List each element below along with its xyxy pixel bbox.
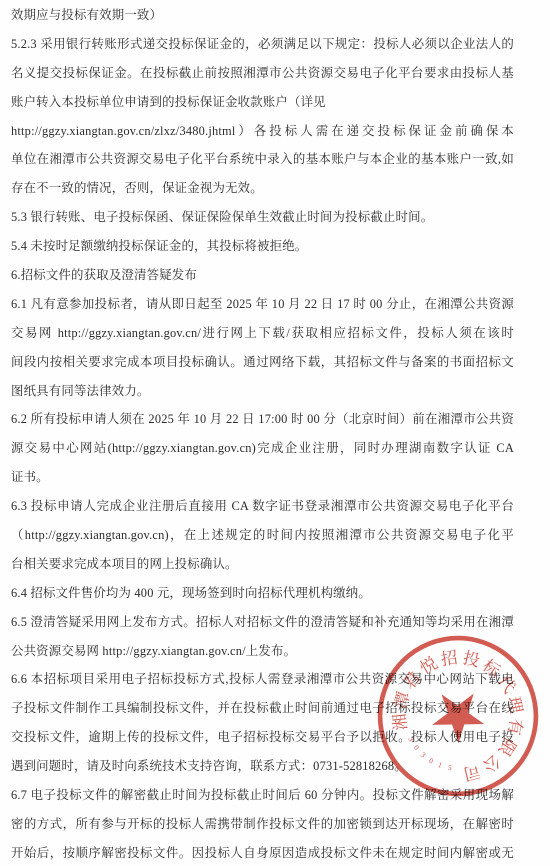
- text-line: 密的方式，所有参与开标的投标人需携带制作投标文件的加密锁到达开标现场，在解密时间: [11, 810, 514, 839]
- text-line: http://ggzy.xiangtan.gov.cn/zlxz/3480.jh…: [11, 117, 514, 146]
- text-line: 证书。: [11, 463, 514, 492]
- text-line: 遇到问题时，请及时向系统技术支持咨询，联系方式：0731-52818268。: [11, 752, 514, 781]
- text-line: 子投标文件制作工具编制投标文件，并在投标截止时间前通过电子招标投标交易平台在线递: [11, 694, 514, 723]
- text-line: 存在不一致的情况，否则，保证金视为无效。: [11, 174, 514, 203]
- text-line: 5.4 未按时足额缴纳投标保证金的，其投标将被拒绝。: [11, 232, 514, 261]
- text-line: 6.1 凡有意参加投标者，请从即日起至 2025 年 10 月 22 日 17 …: [11, 290, 514, 319]
- document-page: 效期应与投标有效期一致）5.2.3 采用银行转账形式递交投标保证金的，必须满足以…: [0, 0, 550, 866]
- text-line: 5.2.3 采用银行转账形式递交投标保证金的，必须满足以下规定：投标人必须以企业…: [11, 30, 514, 59]
- document-text: 效期应与投标有效期一致）5.2.3 采用银行转账形式递交投标保证金的，必须满足以…: [11, 1, 514, 866]
- text-line: 开始后，按顺序解密投标文件。因投标人自身原因造成投标文件未在规定时间内解密或无法: [11, 839, 514, 866]
- text-line: （http://ggzy.xiangtan.gov.cn)，在上述规定的时间内按…: [11, 521, 514, 550]
- text-line: 6.7 电子投标文件的解密截止时间为投标截止时间后 60 分钟内。投标文件解密采…: [11, 781, 514, 810]
- text-line: 源交易中心网站(http://ggzy.xiangtan.gov.cn)完成企业…: [11, 434, 514, 463]
- text-line: 6.2 所有投标申请人须在 2025 年 10 月 22 日 17:00 时 0…: [11, 405, 514, 434]
- text-line: 交易网 http://ggzy.xiangtan.gov.cn/进行网上下载/获…: [11, 319, 514, 348]
- text-line: 6.5 澄清答疑采用网上发布方式。招标人对招标文件的澄清答疑和补充通知等均采用在…: [11, 608, 514, 637]
- text-line: 5.3 银行转账、电子投标保函、保证保险保单生效截止时间为投标截止时间。: [11, 203, 514, 232]
- text-line: 账户转入本投标单位申请到的投标保证金收款账户（详见: [11, 88, 514, 117]
- text-line: 图纸具有同等法律效力。: [11, 377, 514, 406]
- text-line: 公共资源交易网 http://ggzy.xiangtan.gov.cn/上发布。: [11, 637, 514, 666]
- text-line: 效期应与投标有效期一致）: [11, 1, 514, 30]
- text-line: 6.招标文件的获取及澄清答疑发布: [11, 261, 514, 290]
- text-line: 交投标文件，逾期上传的投标文件，电子招标投标交易平台予以拒收。投标人使用电子投标: [11, 723, 514, 752]
- text-line: 名义提交投标保证金。在投标截止前按照湘潭市公共资源交易电子化平台要求由投标人基本: [11, 59, 514, 88]
- text-line: 6.6 本招标项目采用电子招标投标方式,投标人需登录湘潭市公共资源交易中心网站下…: [11, 665, 514, 694]
- text-line: 台相关要求完成本项目的网上投标确认。: [11, 550, 514, 579]
- text-line: 6.4 招标文件售价均为 400 元，现场签到时向招标代理机构缴纳。: [11, 579, 514, 608]
- text-line: 单位在湘潭市公共资源交易电子化平台系统中录入的基本账户与本企业的基本账户一致,如: [11, 145, 514, 174]
- text-line: 6.3 投标申请人完成企业注册后直接用 CA 数字证书登录湘潭市公共资源交易电子…: [11, 492, 514, 521]
- text-line: 间段内按相关要求完成本项目投标确认。通过网络下载，其招标文件与备案的书面招标文件…: [11, 348, 514, 377]
